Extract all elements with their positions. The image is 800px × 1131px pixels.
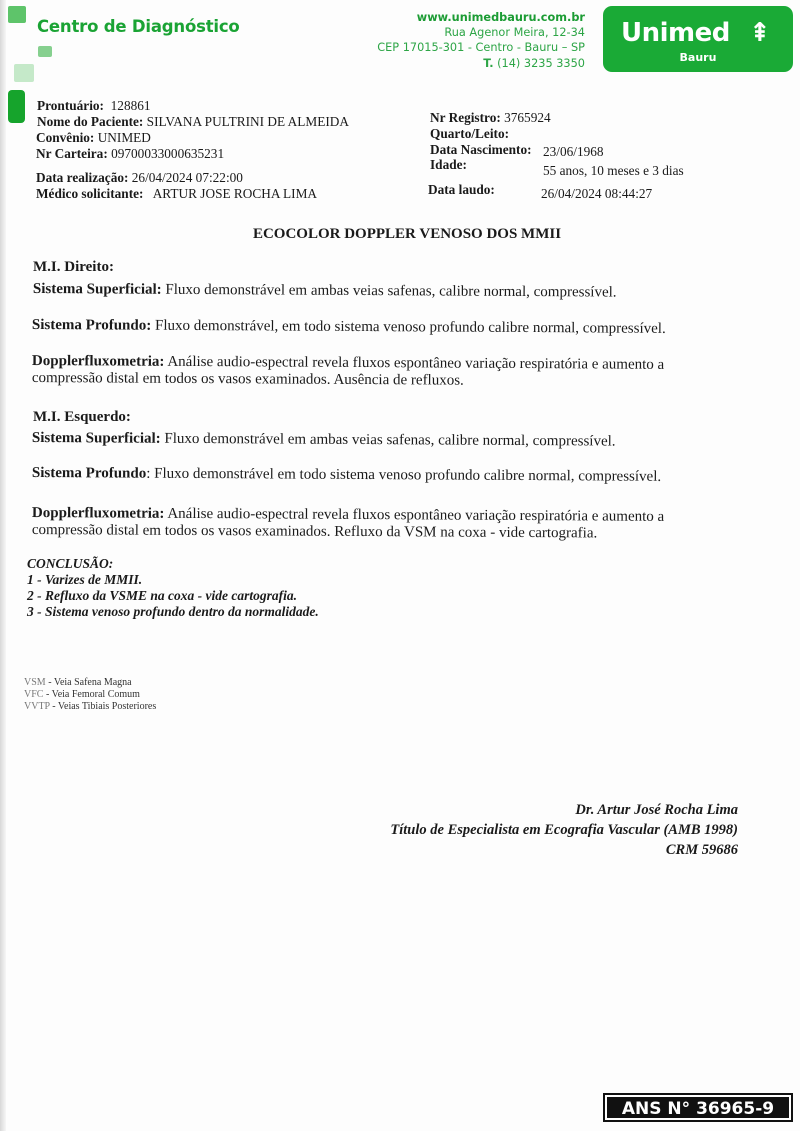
decorative-square-icon	[38, 46, 52, 57]
center-name: Centro de Diagnóstico	[37, 17, 240, 36]
doctor-name: Dr. Artur José Rocha Lima	[390, 800, 738, 820]
left-superficial: Sistema Superficial: Fluxo demonstrável …	[32, 430, 616, 451]
field-idade-label: Idade:	[430, 157, 467, 173]
conclusion-item: 1 - Varizes de MMII.	[27, 572, 319, 588]
field-nascimento-label: Data Nascimento:	[430, 142, 532, 158]
report-title: ECOCOLOR DOPPLER VENOSO DOS MMII	[0, 226, 800, 243]
field-patient-name: Nome do Paciente: SILVANA PULTRINI DE AL…	[37, 114, 349, 130]
address-line-1: Rua Agenor Meira, 12-34	[377, 25, 585, 40]
field-registro: Nr Registro: 3765924	[430, 110, 551, 126]
field-medico: Médico solicitante: ARTUR JOSE ROCHA LIM…	[36, 186, 317, 202]
doctor-title: Título de Especialista em Ecografia Vasc…	[390, 820, 738, 840]
abbreviation-legend: VSM - Veia Safena Magna VFC - Veia Femor…	[24, 677, 156, 713]
conclusion: CONCLUSÃO: 1 - Varizes de MMII. 2 - Refl…	[27, 556, 319, 620]
logo-name: Unimed	[621, 18, 730, 48]
website-link[interactable]: www.unimedbauru.com.br	[377, 10, 585, 25]
signature-block: Dr. Artur José Rocha Lima Título de Espe…	[390, 800, 738, 860]
doctor-crm: CRM 59686	[390, 840, 738, 860]
legend-item: VFC - Veia Femoral Comum	[24, 689, 156, 701]
phone-label: T.	[483, 57, 493, 70]
left-profundo: Sistema Profundo: Fluxo demonstrável em …	[32, 465, 661, 486]
field-convenio: Convênio: UNIMED	[36, 130, 151, 146]
field-quarto: Quarto/Leito:	[430, 126, 509, 142]
right-profundo: Sistema Profundo: Fluxo demonstrável, em…	[32, 317, 666, 338]
conclusion-item: 2 - Refluxo da VSME na coxa - vide carto…	[27, 588, 319, 604]
field-nascimento-value: 23/06/1968	[543, 144, 604, 160]
field-data-laudo-label: Data laudo:	[428, 182, 495, 198]
heading-right-limb: M.I. Direito:	[33, 259, 114, 276]
conclusion-heading: CONCLUSÃO:	[27, 556, 319, 572]
phone-number: (14) 3235 3350	[497, 57, 585, 70]
field-data-realizacao: Data realização: 26/04/2024 07:22:00	[36, 170, 243, 186]
left-doppler: Dopplerfluxometria: Análise audio-espect…	[32, 505, 664, 543]
page-edge-shadow	[0, 0, 6, 1131]
heading-left-limb: M.I. Esquerdo:	[33, 409, 131, 426]
field-carteira: Nr Carteira: 09700033000635231	[36, 146, 224, 162]
contact-block: www.unimedbauru.com.br Rua Agenor Meira,…	[377, 10, 585, 71]
legend-item: VSM - Veia Safena Magna	[24, 677, 156, 689]
ans-badge: ANS N° 36965-9	[603, 1093, 793, 1122]
field-data-laudo-value: 26/04/2024 08:44:27	[541, 186, 652, 202]
decorative-bar-icon	[8, 90, 25, 123]
logo-city: Bauru	[603, 51, 793, 64]
field-prontuario: Prontuário: 128861	[37, 98, 151, 114]
unimed-logo: Unimed ⇞ Bauru	[603, 6, 793, 72]
decorative-square-icon	[8, 6, 26, 23]
legend-item: VVTP - Veias Tibiais Posteriores	[24, 701, 156, 713]
decorative-square-icon	[14, 64, 34, 82]
address-line-2: CEP 17015-301 - Centro - Bauru – SP	[377, 40, 585, 55]
tree-logo-icon: ⇞	[749, 18, 771, 48]
right-doppler: Dopplerfluxometria: Análise audio-espect…	[32, 353, 664, 391]
phone: T. (14) 3235 3350	[377, 56, 585, 71]
field-idade-value: 55 anos, 10 meses e 3 dias	[543, 163, 684, 179]
right-superficial: Sistema Superficial: Fluxo demonstrável …	[33, 281, 617, 302]
conclusion-item: 3 - Sistema venoso profundo dentro da no…	[27, 604, 319, 620]
